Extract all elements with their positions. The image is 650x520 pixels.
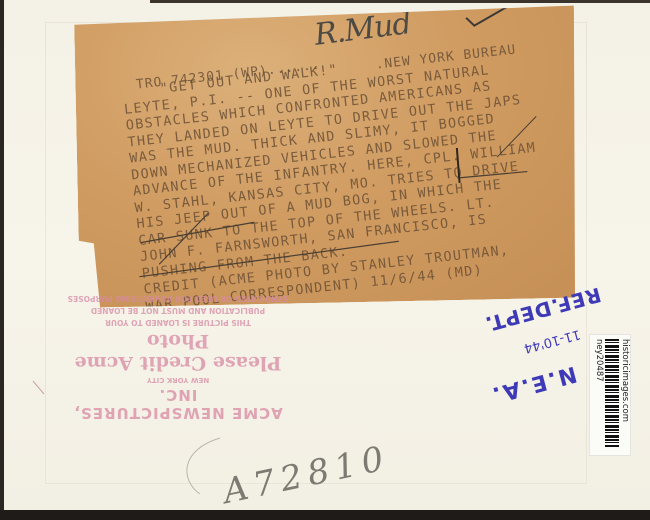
nea-agency: N.E.A. <box>488 361 579 408</box>
photo-back: R.Mud TRO 742301 (WP)...... .NEW YORK BU… <box>0 0 650 520</box>
barcode-site: historicimages.com <box>620 339 630 422</box>
barcode-icon <box>605 339 619 447</box>
scan-edge-left <box>0 0 4 520</box>
pencil-annotations <box>74 6 580 308</box>
acme-stamp-notice-3: SYNDICATED OR USED FOR ADVERTISING PURPO… <box>58 294 298 303</box>
acme-newspictures-stamp: ACME NEWSPICTURES, INC. NEW YORK CITY Pl… <box>58 312 298 422</box>
barcode-code: ney20487 <box>594 339 604 382</box>
scan-edge-bottom <box>0 510 650 520</box>
acme-stamp-credit: Please Credit Acme Photo <box>58 330 298 374</box>
nea-dept: REF.DEPT. <box>482 283 604 337</box>
acme-stamp-city: NEW YORK CITY <box>58 376 298 384</box>
caption-slip: R.Mud TRO 742301 (WP)...... .NEW YORK BU… <box>74 6 580 308</box>
nea-date: 11-10'44 <box>522 326 582 355</box>
acme-stamp-name: ACME NEWSPICTURES, INC. <box>58 386 298 422</box>
stray-pen-mark <box>30 378 50 398</box>
barcode-label: historicimages.com ney20487 <box>589 334 631 456</box>
scan-edge-top <box>150 0 650 3</box>
acme-stamp-notice-1: THIS PICTURE IS LOANED TO YOUR <box>58 318 298 327</box>
acme-stamp-notice-2: PUBLICATION AND MUST NOT BE LOANED <box>58 306 298 315</box>
